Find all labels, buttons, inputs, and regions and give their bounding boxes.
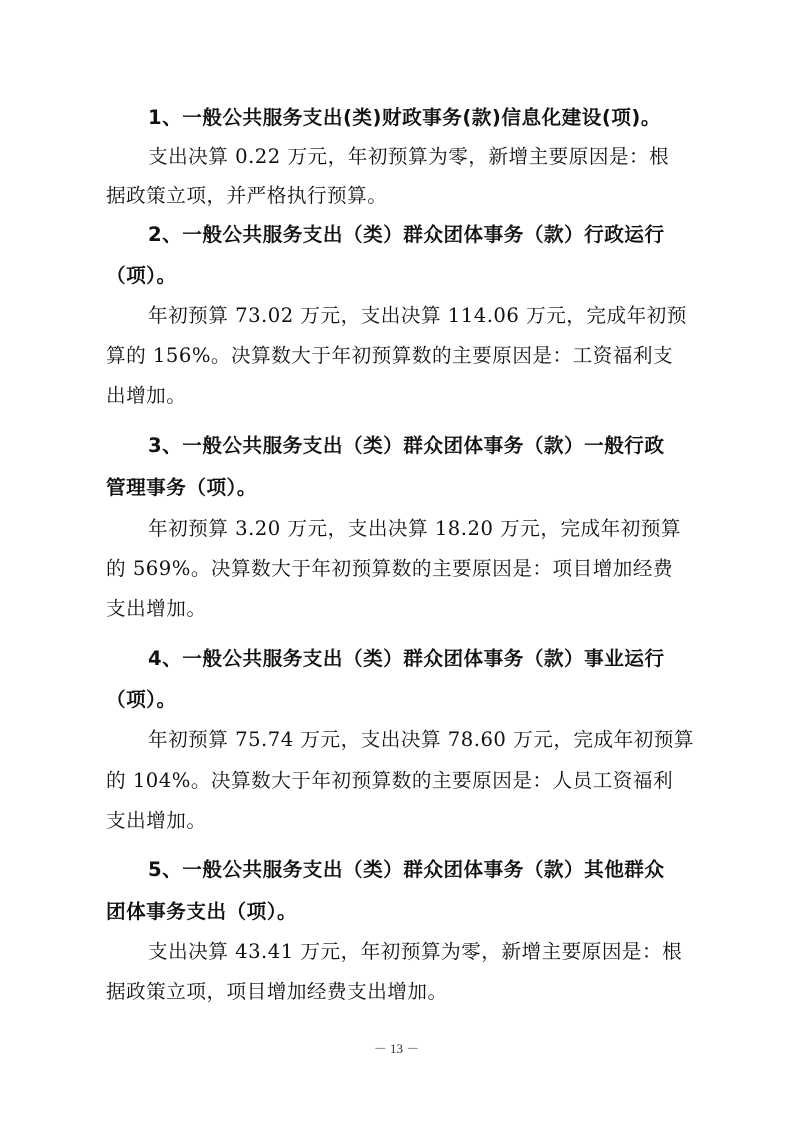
section-3-body-line-1: 年初预算 3.20 万元，支出决算 18.20 万元，完成年初预算 [148, 518, 681, 540]
section-4-heading: 4、一般公共服务支出（类）群众团体事务（款）事业运行 [148, 648, 664, 670]
section-1-body-line-1: 支出决算 0.22 万元，年初预算为零，新增主要原因是：根 [148, 146, 669, 168]
section-1-body-line-2: 据政策立项，并严格执行预算。 [106, 185, 387, 207]
section-5-heading-cont: 团体事务支出（项）。 [106, 901, 297, 923]
section-1-heading: 1、一般公共服务支出(类)财政事务(款)信息化建设(项)。 [148, 107, 661, 129]
section-4-body-line-1: 年初预算 75.74 万元，支出决算 78.60 万元，完成年初预算 [148, 729, 694, 751]
section-2-body-line-1: 年初预算 73.02 万元，支出决算 114.06 万元，完成年初预 [148, 305, 687, 327]
section-5-body-line-2: 据政策立项，项目增加经费支出增加。 [106, 981, 448, 1003]
section-5-body-line-1: 支出决算 43.41 万元，年初预算为零，新增主要原因是：根 [148, 941, 682, 963]
section-3-body-line-2: 的 569%。决算数大于年初预算数的主要原因是：项目增加经费 [106, 558, 673, 580]
section-4-heading-cont: （项）。 [106, 689, 177, 711]
section-2-heading: 2、一般公共服务支出（类）群众团体事务（款）行政运行 [148, 224, 664, 246]
section-3-body-line-3: 支出增加。 [106, 598, 206, 620]
section-4-body-line-2: 的 104%。决算数大于年初预算数的主要原因是：人员工资福利 [106, 770, 673, 792]
section-2-body-line-2: 算的 156%。决算数大于年初预算数的主要原因是：工资福利支 [106, 345, 673, 367]
section-3-heading-cont: 管理事务（项）。 [106, 477, 257, 499]
section-2-body-line-3: 出增加。 [106, 385, 186, 407]
page-number: － 13 － [0, 1038, 793, 1057]
section-2-heading-cont: （项）。 [106, 265, 177, 287]
section-3-heading: 3、一般公共服务支出（类）群众团体事务（款）一般行政 [148, 435, 664, 457]
section-5-heading: 5、一般公共服务支出（类）群众团体事务（款）其他群众 [148, 859, 664, 881]
section-4-body-line-3: 支出增加。 [106, 810, 206, 832]
